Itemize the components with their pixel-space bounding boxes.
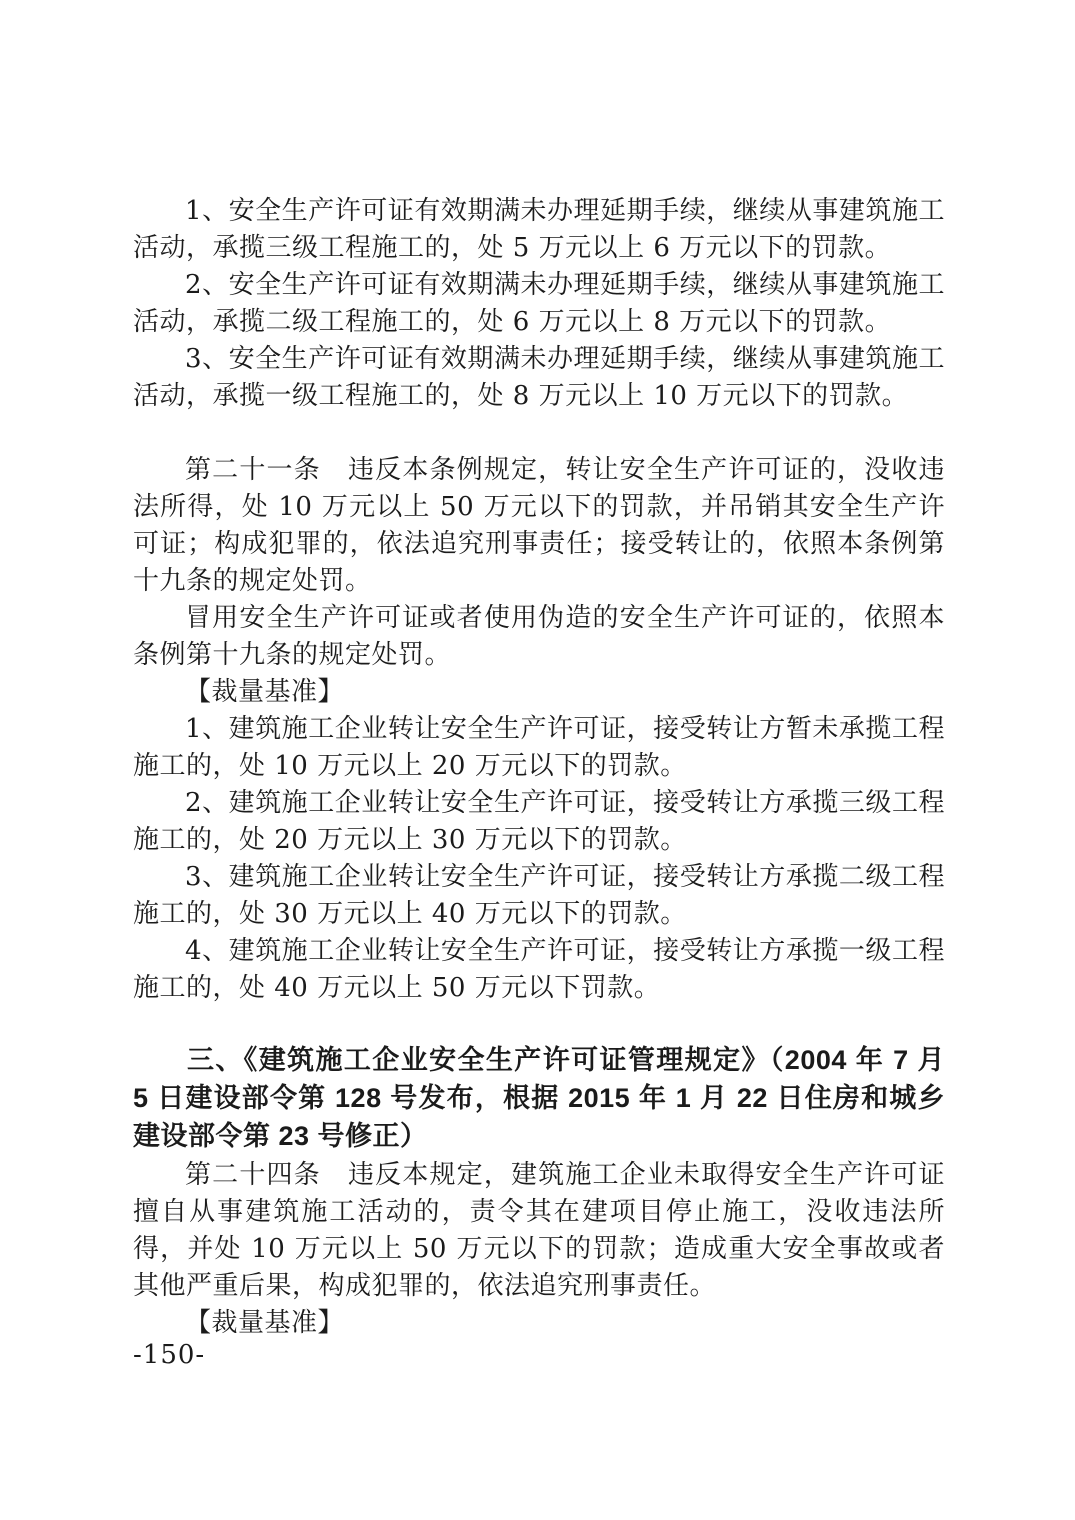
penalty-item-1: 1、安全生产许可证有效期满未办理延期手续，继续从事建筑施工活动，承揽三级工程施工…	[133, 193, 945, 267]
penalty-item-2: 2、安全生产许可证有效期满未办理延期手续，继续从事建筑施工活动，承揽二级工程施工…	[133, 267, 945, 341]
page-number: -150-	[133, 1340, 205, 1370]
transfer-item-1: 1、建筑施工企业转让安全生产许可证，接受转让方暂未承揽工程施工的，处 10 万元…	[133, 711, 945, 785]
transfer-item-4: 4、建筑施工企业转让安全生产许可证，接受转让方承揽一级工程施工的，处 40 万元…	[133, 933, 945, 1007]
discretion-standard-label-1: 【裁量基准】	[133, 674, 945, 711]
discretion-standard-label-2: 【裁量基准】	[133, 1305, 945, 1342]
document-page: 1、安全生产许可证有效期满未办理延期手续，继续从事建筑施工活动，承揽三级工程施工…	[0, 0, 1075, 1520]
article-21-paragraph-2: 冒用安全生产许可证或者使用伪造的安全生产许可证的，依照本条例第十九条的规定处罚。	[133, 600, 945, 674]
transfer-item-2: 2、建筑施工企业转让安全生产许可证，接受转让方承揽三级工程施工的，处 20 万元…	[133, 785, 945, 859]
article-21-paragraph: 第二十一条 违反本条例规定，转让安全生产许可证的，没收违法所得，处 10 万元以…	[133, 452, 945, 600]
section-3-heading: 三、《建筑施工企业安全生产许可证管理规定》（2004 年 7 月 5 日建设部令…	[133, 1041, 945, 1155]
document-body: 1、安全生产许可证有效期满未办理延期手续，继续从事建筑施工活动，承揽三级工程施工…	[133, 193, 945, 1342]
transfer-item-3: 3、建筑施工企业转让安全生产许可证，接受转让方承揽二级工程施工的，处 30 万元…	[133, 859, 945, 933]
article-24-paragraph: 第二十四条 违反本规定，建筑施工企业未取得安全生产许可证擅自从事建筑施工活动的，…	[133, 1157, 945, 1305]
penalty-item-3: 3、安全生产许可证有效期满未办理延期手续，继续从事建筑施工活动，承揽一级工程施工…	[133, 341, 945, 415]
